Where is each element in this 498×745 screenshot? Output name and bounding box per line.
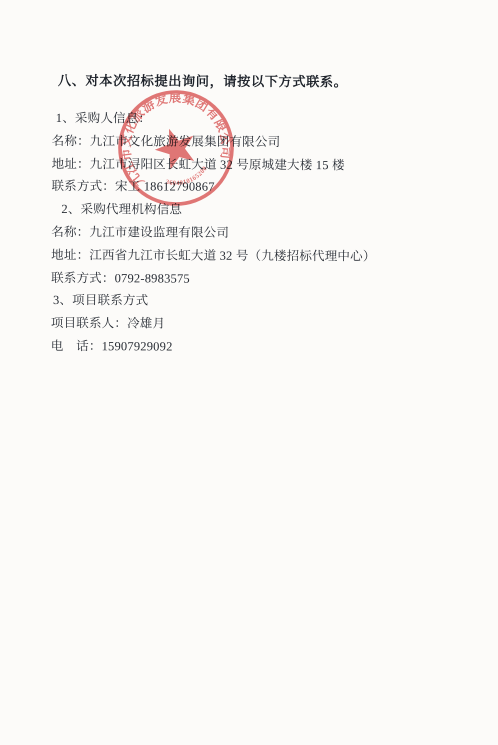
project-contact-person-line: 项目联系人：冷雄月 — [51, 312, 475, 337]
agency-section-title: 2、采购代理机构信息 — [51, 198, 475, 223]
purchaser-contact-line: 联系方式：宋工 18612790867 — [51, 175, 475, 200]
agency-contact-line: 联系方式：0792-8983575 — [51, 267, 475, 292]
project-section-title: 3、项目联系方式 — [51, 289, 475, 314]
document-body: 八、对本次招标提出询问，请按以下方式联系。 1、采购人信息： 名称：九江市文化旅… — [51, 70, 476, 360]
purchaser-address-line: 地址：九江市浔阳区长虹大道 32 号原城建大楼 15 楼 — [52, 153, 476, 178]
purchaser-name-line: 名称：九江市文化旅游发展集团有限公司 — [52, 130, 476, 155]
agency-address-line: 地址：江西省九江市长虹大道 32 号（九楼招标代理中心） — [51, 244, 475, 269]
agency-name-line: 名称：九江市建设监理有限公司 — [51, 221, 475, 246]
document-page: 八、对本次招标提出询问，请按以下方式联系。 1、采购人信息： 名称：九江市文化旅… — [0, 0, 498, 745]
purchaser-section-title: 1、采购人信息： — [52, 107, 476, 132]
section-heading: 八、对本次招标提出询问，请按以下方式联系。 — [52, 70, 476, 95]
project-phone-line: 电 话：15907929092 — [51, 335, 475, 360]
